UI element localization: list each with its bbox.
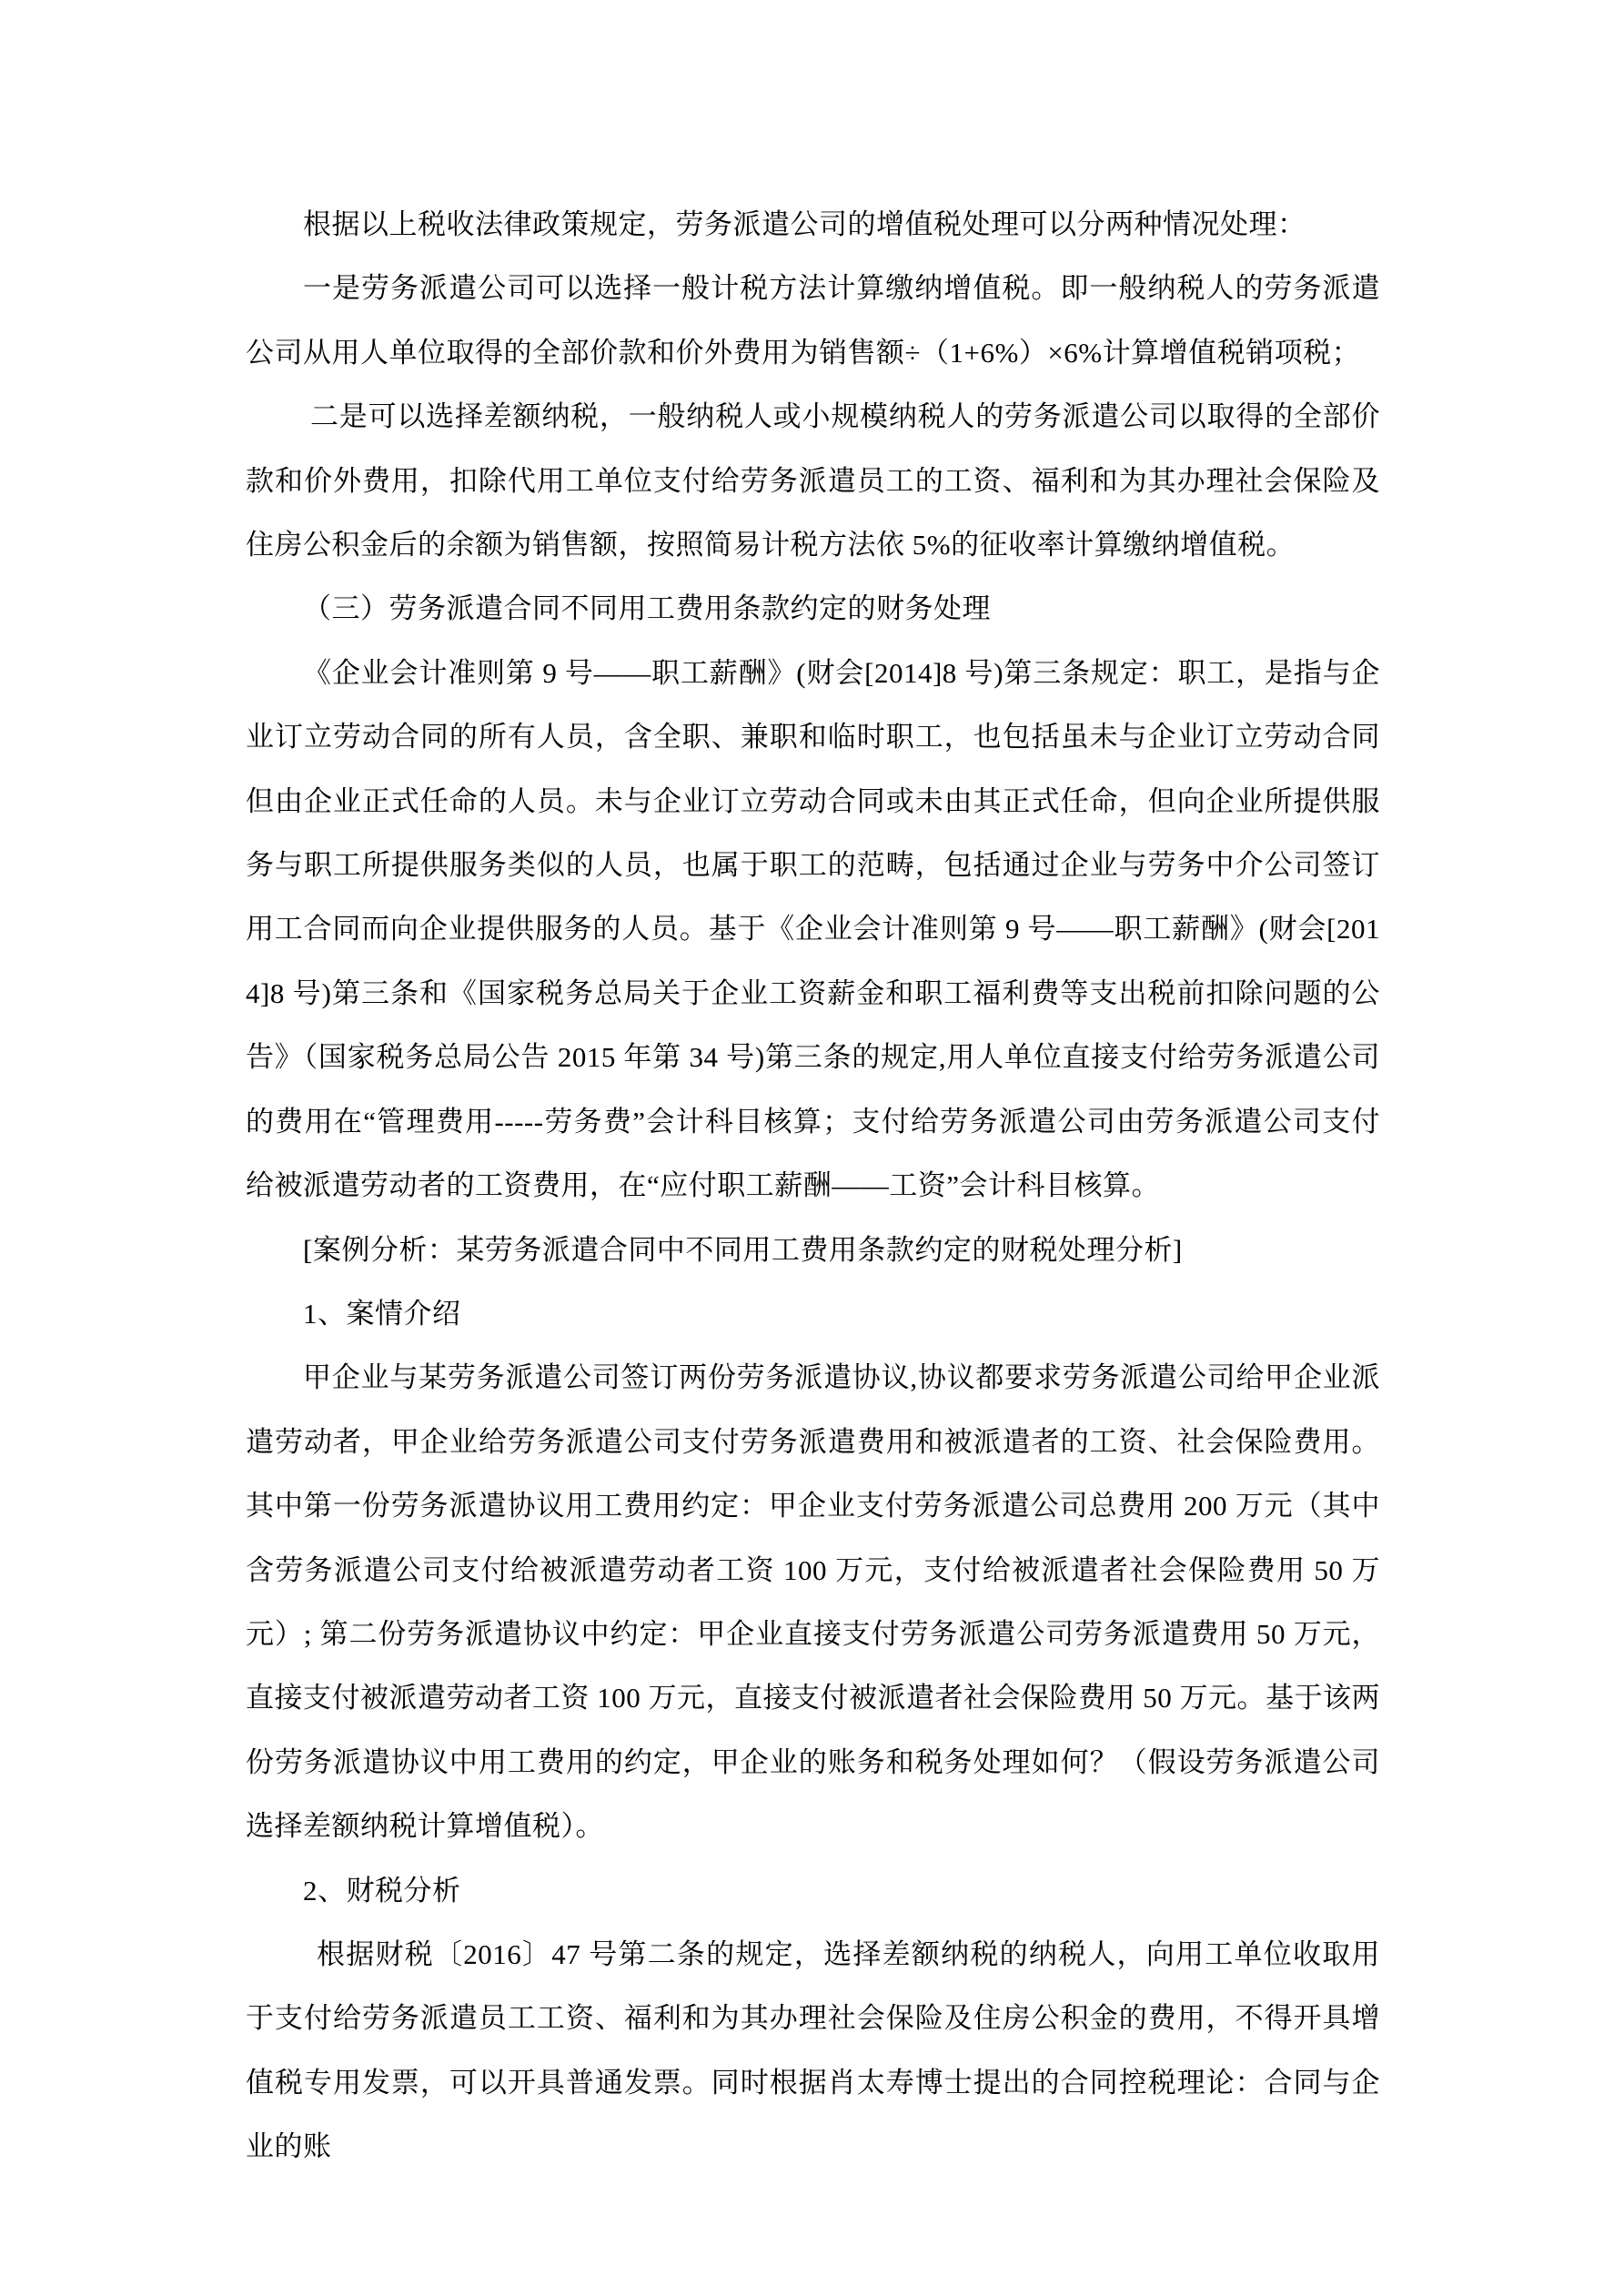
para-option-2-differential-tax: 二是可以选择差额纳税，一般纳税人或小规模纳税人的劳务派遣公司以取得的全部价款和价… [246, 385, 1380, 577]
para-vat-treatment-intro: 根据以上税收法律政策规定，劳务派遣公司的增值税处理可以分两种情况处理： [246, 193, 1380, 257]
para-option-1-general-taxation: 一是劳务派遣公司可以选择一般计税方法计算缴纳增值税。即一般纳税人的劳务派遣公司从… [246, 257, 1380, 385]
case-analysis-title: [案例分析：某劳务派遣合同中不同用工费用条款约定的财税处理分析] [246, 1219, 1380, 1282]
section-heading-financial-treatment: （三）劳务派遣合同不同用工费用条款约定的财务处理 [246, 577, 1380, 641]
heading-tax-analysis: 2、财税分析 [246, 1859, 1380, 1923]
para-accounting-standard-rules: 《企业会计准则第 9 号——职工薪酬》(财会[2014]8 号)第三条规定：职工… [246, 642, 1380, 1219]
para-case-introduction-body: 甲企业与某劳务派遣公司签订两份劳务派遣协议,协议都要求劳务派遣公司给甲企业派遣劳… [246, 1346, 1380, 1858]
para-tax-analysis-body: 根据财税〔2016〕47 号第二条的规定，选择差额纳税的纳税人，向用工单位收取用… [246, 1923, 1380, 2180]
document-body: 根据以上税收法律政策规定，劳务派遣公司的增值税处理可以分两种情况处理： 一是劳务… [246, 193, 1380, 2180]
document-page: 根据以上税收法律政策规定，劳务派遣公司的增值税处理可以分两种情况处理： 一是劳务… [0, 0, 1624, 2296]
heading-case-introduction: 1、案情介绍 [246, 1282, 1380, 1346]
